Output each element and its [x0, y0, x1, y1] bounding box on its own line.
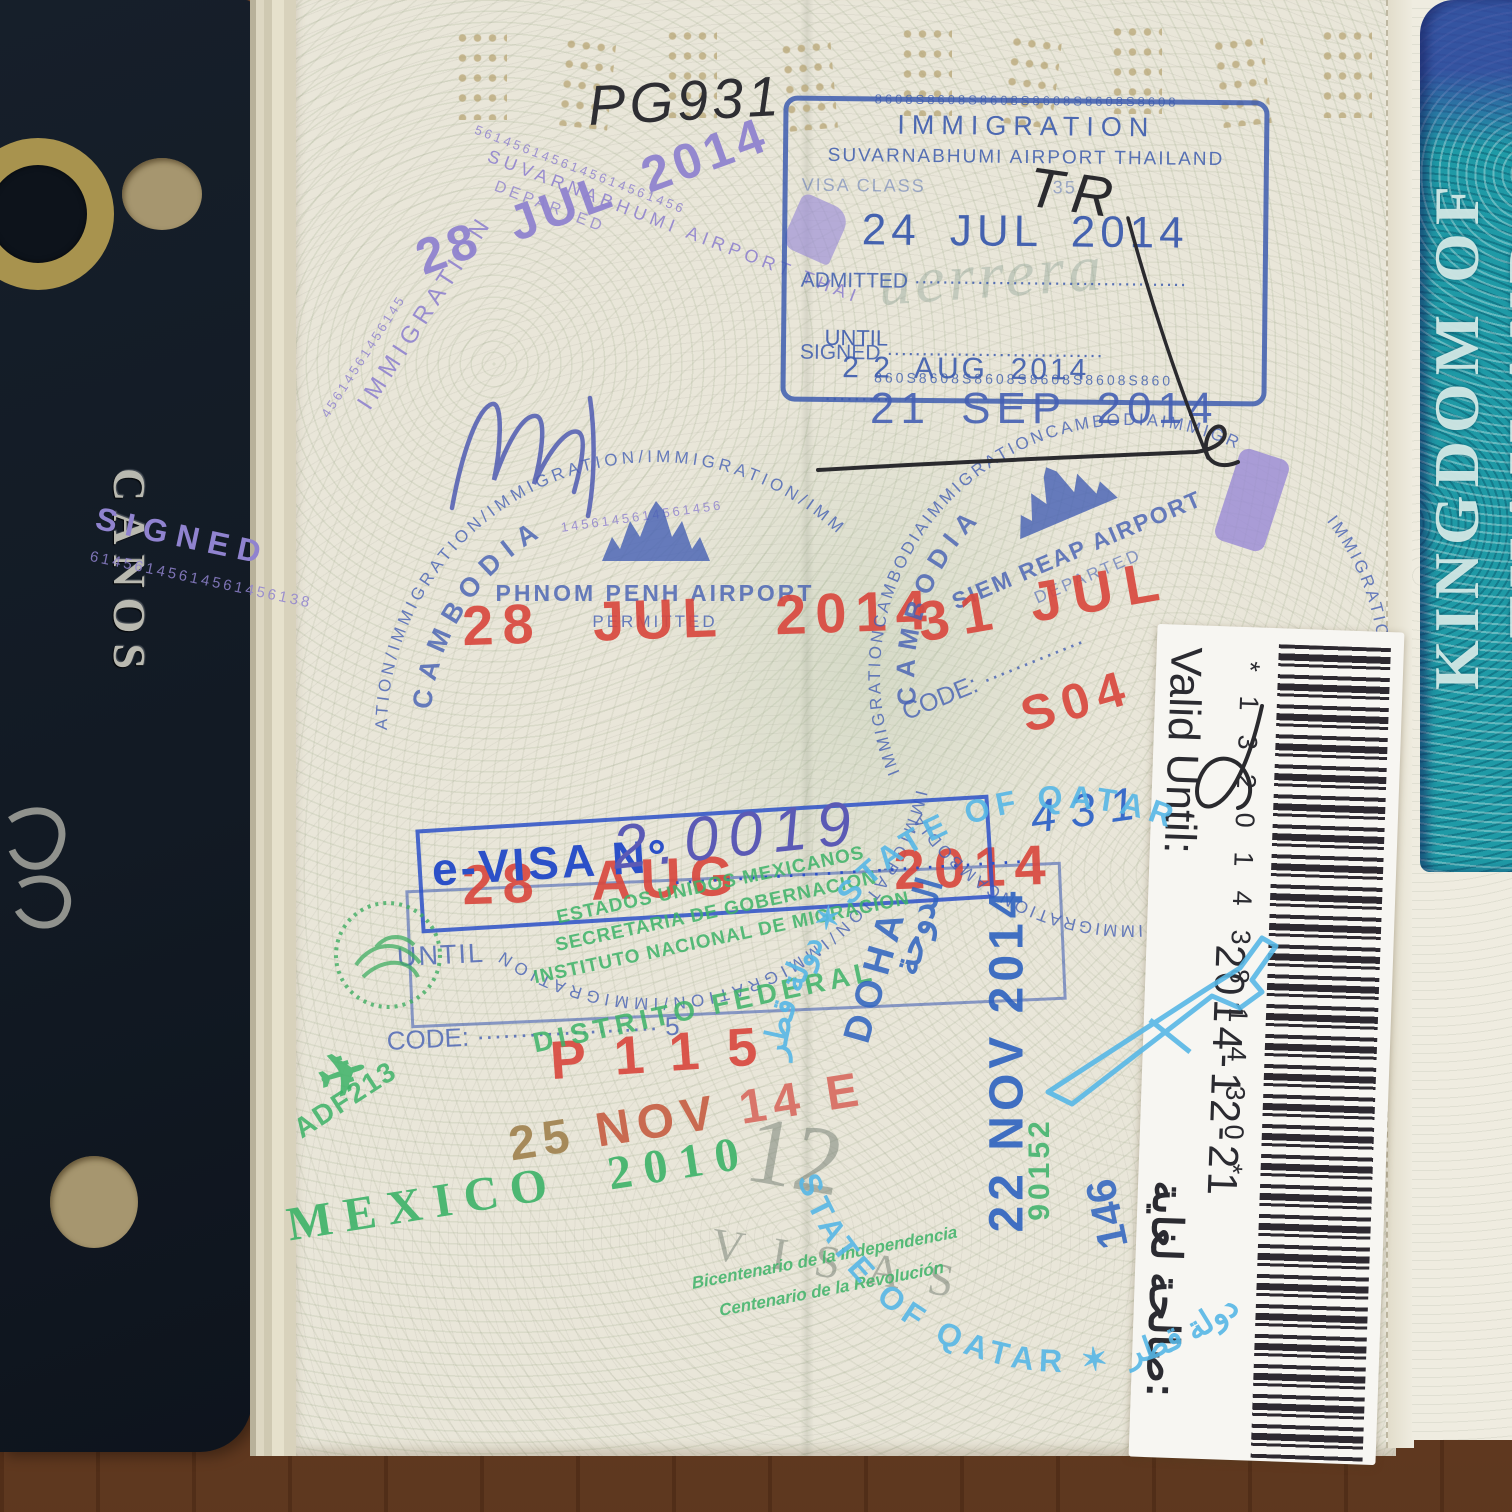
handwritten-flight-code: PG931: [586, 63, 783, 138]
handwritten-initials: TR: [1024, 154, 1127, 232]
pen-marks: [0, 0, 1512, 1512]
